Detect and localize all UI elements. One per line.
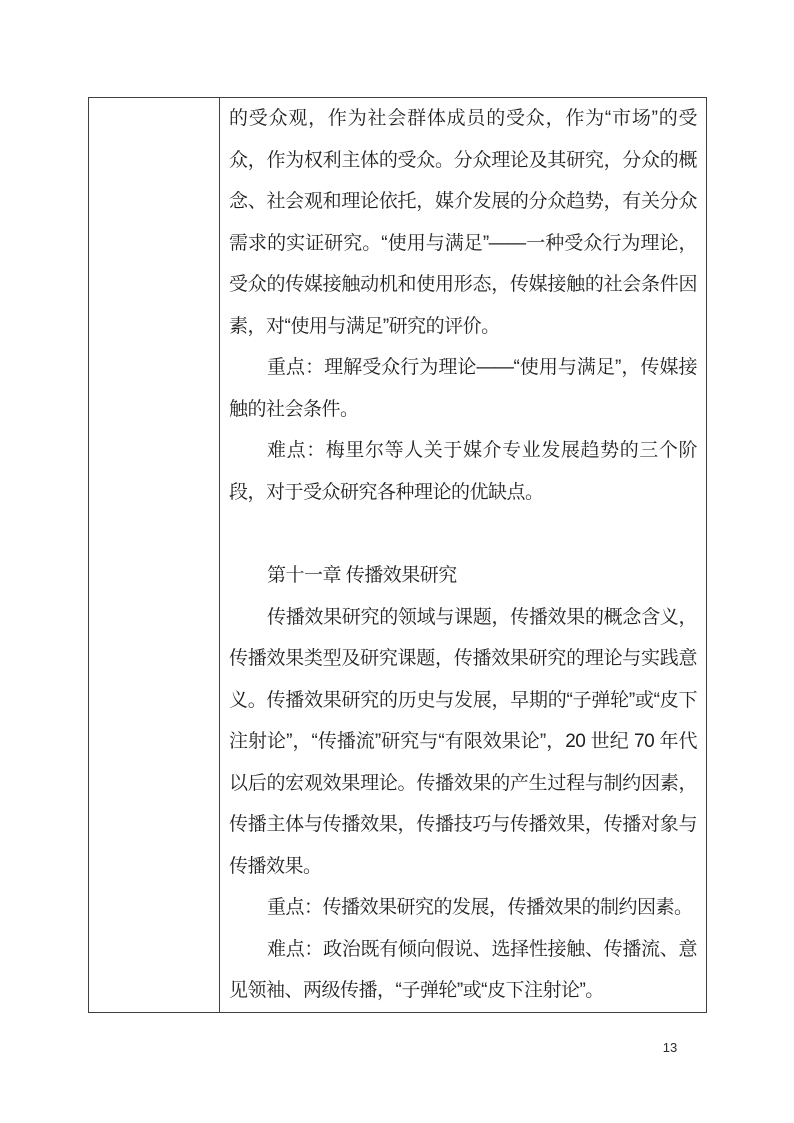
blank-line bbox=[229, 513, 697, 555]
paragraph-audience-theory-continued: 的受众观，作为社会群体成员的受众，作为“市场”的受众，作为权利主体的受众。分众理… bbox=[229, 98, 697, 347]
paragraph-ch11-overview: 传播效果研究的领域与课题，传播效果的概念含义，传播效果类型及研究课题，传播效果研… bbox=[229, 597, 697, 888]
document-page: 的受众观，作为社会群体成员的受众，作为“市场”的受众，作为权利主体的受众。分众理… bbox=[0, 0, 794, 1123]
table-cell-left bbox=[89, 98, 220, 1012]
chapter-11-heading: 第十一章 传播效果研究 bbox=[229, 555, 697, 597]
paragraph-key-points-ch11: 重点：传播效果研究的发展，传播效果的制约因素。 bbox=[229, 887, 697, 929]
page-number: 13 bbox=[655, 1039, 685, 1057]
paragraph-key-points-ch10: 重点：理解受众行为理论——“使用与满足”，传媒接触的社会条件。 bbox=[229, 347, 697, 430]
syllabus-table: 的受众观，作为社会群体成员的受众，作为“市场”的受众，作为权利主体的受众。分众理… bbox=[88, 97, 707, 1013]
table-cell-content: 的受众观，作为社会群体成员的受众，作为“市场”的受众，作为权利主体的受众。分众理… bbox=[220, 98, 706, 1012]
paragraph-difficult-points-ch10: 难点：梅里尔等人关于媒介专业发展趋势的三个阶段，对于受众研究各种理论的优缺点。 bbox=[229, 430, 697, 513]
paragraph-difficult-points-ch11: 难点：政治既有倾向假说、选择性接触、传播流、意见领袖、两级传播，“子弹轮”或“皮… bbox=[229, 929, 697, 1012]
